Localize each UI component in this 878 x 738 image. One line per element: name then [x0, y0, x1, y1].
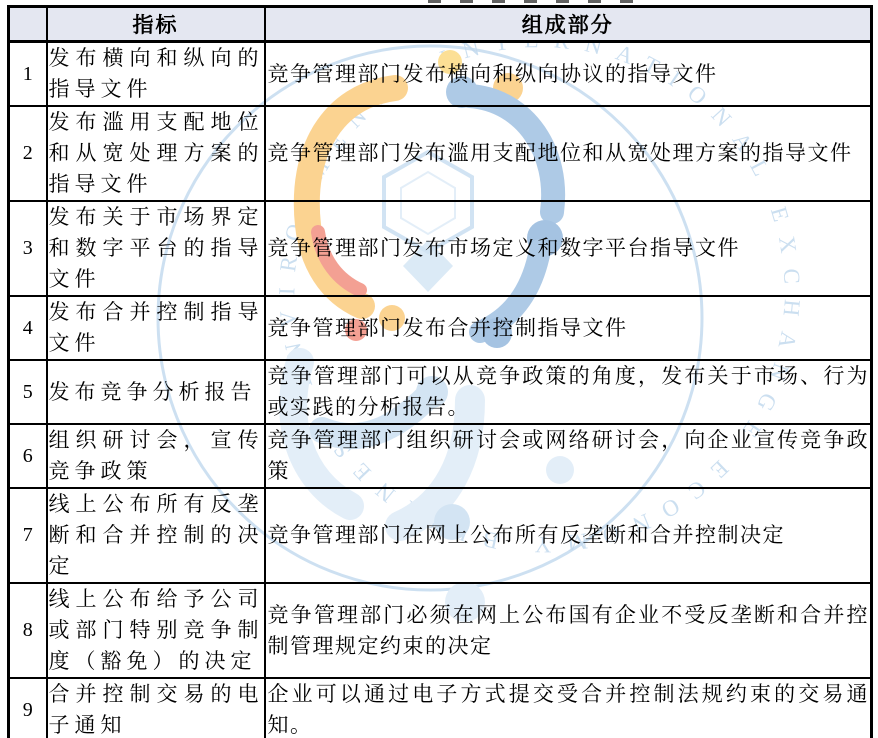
- indicator-cell: 组织研讨会，宣传竞争政策: [47, 424, 265, 488]
- row-number: 7: [9, 488, 47, 583]
- document-page: INTERNATIONAL EXCHANGE ECONOMY BUSINESS …: [0, 0, 878, 738]
- indicator-cell: 线上公布给予公司或部门特别竞争制度（豁免）的决定: [47, 583, 265, 678]
- header-row: 指标 组成部分: [9, 7, 872, 42]
- indicator-cell: 发布关于市场界定和数字平台的指导文件: [47, 201, 265, 296]
- indicator-cell: 线上公布所有反垄断和合并控制的决定: [47, 488, 265, 583]
- corner-cell: [9, 7, 47, 42]
- table-row: 9 合并控制交易的电子通知 企业可以通过电子方式提交受合并控制法规约束的交易通知…: [9, 678, 872, 738]
- row-number: 2: [9, 106, 47, 201]
- row-number: 4: [9, 296, 47, 360]
- row-number: 3: [9, 201, 47, 296]
- indicator-cell: 发布滥用支配地位和从宽处理方案的指导文件: [47, 106, 265, 201]
- component-cell: 竞争管理部门发布横向和纵向协议的指导文件: [265, 42, 872, 107]
- table-row: 5 发布竞争分析报告 竞争管理部门可以从竞争政策的角度，发布关于市场、行为或实践…: [9, 360, 872, 424]
- cropped-caption-remnant: [428, 0, 646, 3]
- row-number: 8: [9, 583, 47, 678]
- table-body: 1 发布横向和纵向的指导文件 竞争管理部门发布横向和纵向协议的指导文件 2 发布…: [9, 42, 872, 738]
- table-row: 3 发布关于市场界定和数字平台的指导文件 竞争管理部门发布市场定义和数字平台指导…: [9, 201, 872, 296]
- component-cell: 竞争管理部门发布合并控制指导文件: [265, 296, 872, 360]
- component-header: 组成部分: [265, 7, 872, 42]
- component-cell: 竞争管理部门发布市场定义和数字平台指导文件: [265, 201, 872, 296]
- table-row: 4 发布合并控制指导文件 竞争管理部门发布合并控制指导文件: [9, 296, 872, 360]
- table-row: 8 线上公布给予公司或部门特别竞争制度（豁免）的决定 竞争管理部门必须在网上公布…: [9, 583, 872, 678]
- row-number: 5: [9, 360, 47, 424]
- row-number: 6: [9, 424, 47, 488]
- indicators-table: 指标 组成部分 1 发布横向和纵向的指导文件 竞争管理部门发布横向和纵向协议的指…: [7, 5, 873, 738]
- component-cell: 竞争管理部门必须在网上公布国有企业不受反垄断和合并控制管理规定约束的决定: [265, 583, 872, 678]
- row-number: 9: [9, 678, 47, 738]
- component-cell: 企业可以通过电子方式提交受合并控制法规约束的交易通知。: [265, 678, 872, 738]
- row-number: 1: [9, 42, 47, 107]
- indicator-cell: 发布横向和纵向的指导文件: [47, 42, 265, 107]
- indicator-header: 指标: [47, 7, 265, 42]
- indicator-cell: 发布竞争分析报告: [47, 360, 265, 424]
- indicator-cell: 合并控制交易的电子通知: [47, 678, 265, 738]
- table-row: 6 组织研讨会，宣传竞争政策 竞争管理部门组织研讨会或网络研讨会，向企业宣传竞争…: [9, 424, 872, 488]
- indicator-cell: 发布合并控制指导文件: [47, 296, 265, 360]
- component-cell: 竞争管理部门发布滥用支配地位和从宽处理方案的指导文件: [265, 106, 872, 201]
- component-cell: 竞争管理部门在网上公布所有反垄断和合并控制决定: [265, 488, 872, 583]
- table-row: 2 发布滥用支配地位和从宽处理方案的指导文件 竞争管理部门发布滥用支配地位和从宽…: [9, 106, 872, 201]
- table-row: 1 发布横向和纵向的指导文件 竞争管理部门发布横向和纵向协议的指导文件: [9, 42, 872, 107]
- table-row: 7 线上公布所有反垄断和合并控制的决定 竞争管理部门在网上公布所有反垄断和合并控…: [9, 488, 872, 583]
- table-header: 指标 组成部分: [9, 7, 872, 42]
- component-cell: 竞争管理部门组织研讨会或网络研讨会，向企业宣传竞争政策: [265, 424, 872, 488]
- component-cell: 竞争管理部门可以从竞争政策的角度，发布关于市场、行为或实践的分析报告。: [265, 360, 872, 424]
